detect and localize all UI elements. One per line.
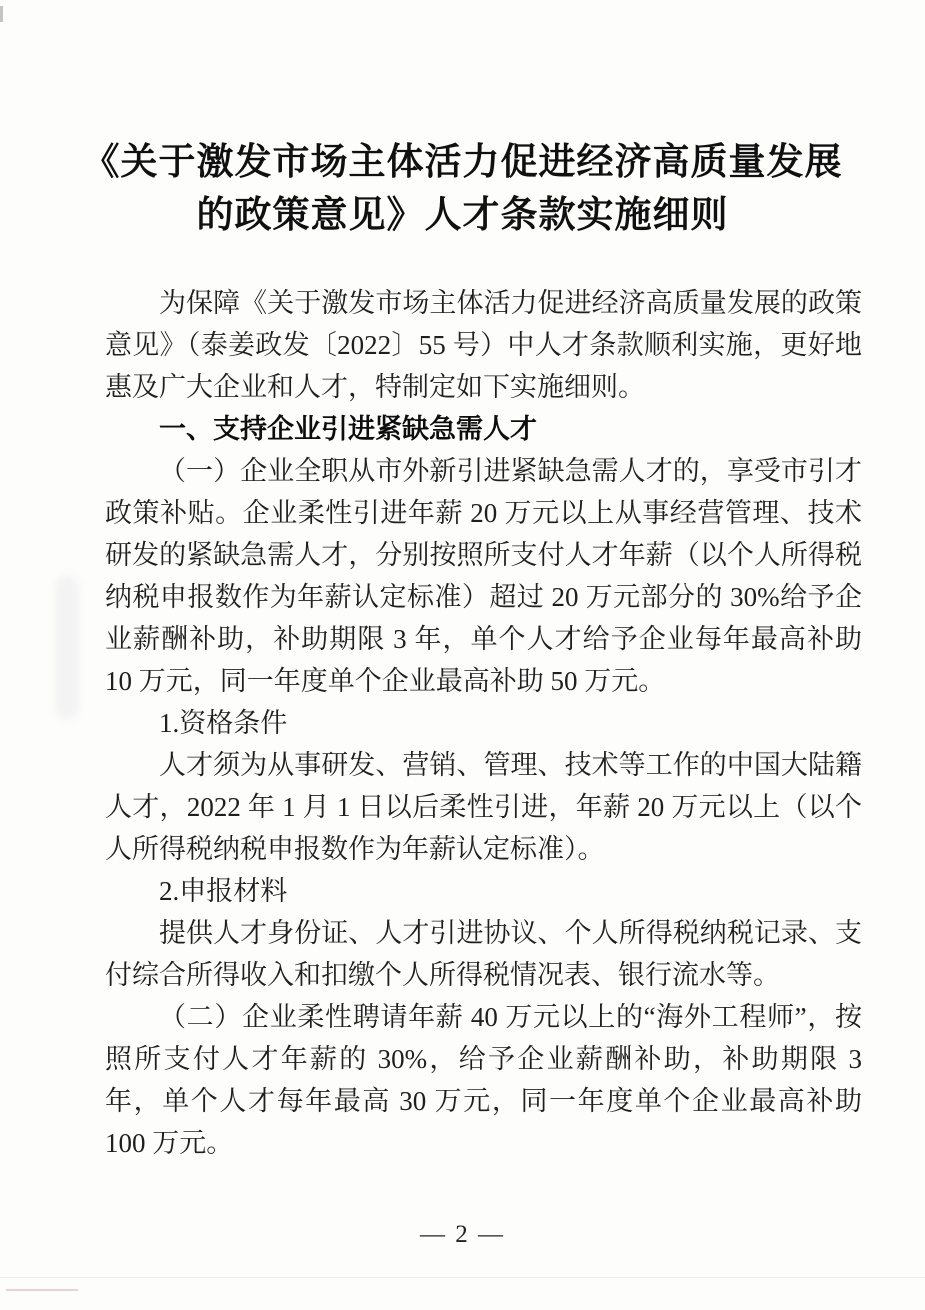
scan-bottom-line-artifact [0, 1277, 925, 1278]
section-1-heading: 一、支持企业引进紧缺急需人才 [105, 408, 862, 450]
document-title-line1: 《关于激发市场主体活力促进经济高质量发展 [0, 136, 925, 189]
qualifications-paragraph: 人才须为从事研发、营销、管理、技术等工作的中国大陆籍人才，2022 年 1 月 … [105, 744, 862, 870]
item-2-materials-heading: 2.申报材料 [105, 870, 862, 912]
document-title: 《关于激发市场主体活力促进经济高质量发展 的政策意见》人才条款实施细则 [0, 136, 925, 242]
scan-edge-tick-artifact [0, 6, 3, 22]
scan-smudge-artifact [55, 575, 79, 720]
document-body: 为保障《关于激发市场主体活力促进经济高质量发展的政策意见》（泰姜政发〔2022〕… [105, 282, 862, 1164]
page-footer: — 2 — [0, 1221, 925, 1249]
clause-2-paragraph: （二）企业柔性聘请年薪 40 万元以上的“海外工程师”，按照所支付人才年薪的 3… [105, 996, 862, 1164]
scan-bottom-pink-artifact [6, 1289, 78, 1291]
document-title-line2: 的政策意见》人才条款实施细则 [0, 189, 925, 242]
scanned-document-page: 《关于激发市场主体活力促进经济高质量发展 的政策意见》人才条款实施细则 为保障《… [0, 0, 925, 1310]
item-1-qualifications-heading: 1.资格条件 [105, 702, 862, 744]
page-number: — 2 — [420, 1221, 505, 1248]
clause-1-paragraph: （一）企业全职从市外新引进紧缺急需人才的，享受市引才政策补贴。企业柔性引进年薪 … [105, 450, 862, 702]
intro-paragraph: 为保障《关于激发市场主体活力促进经济高质量发展的政策意见》（泰姜政发〔2022〕… [105, 282, 862, 408]
materials-paragraph: 提供人才身份证、人才引进协议、个人所得税纳税记录、支付综合所得收入和扣缴个人所得… [105, 912, 862, 996]
